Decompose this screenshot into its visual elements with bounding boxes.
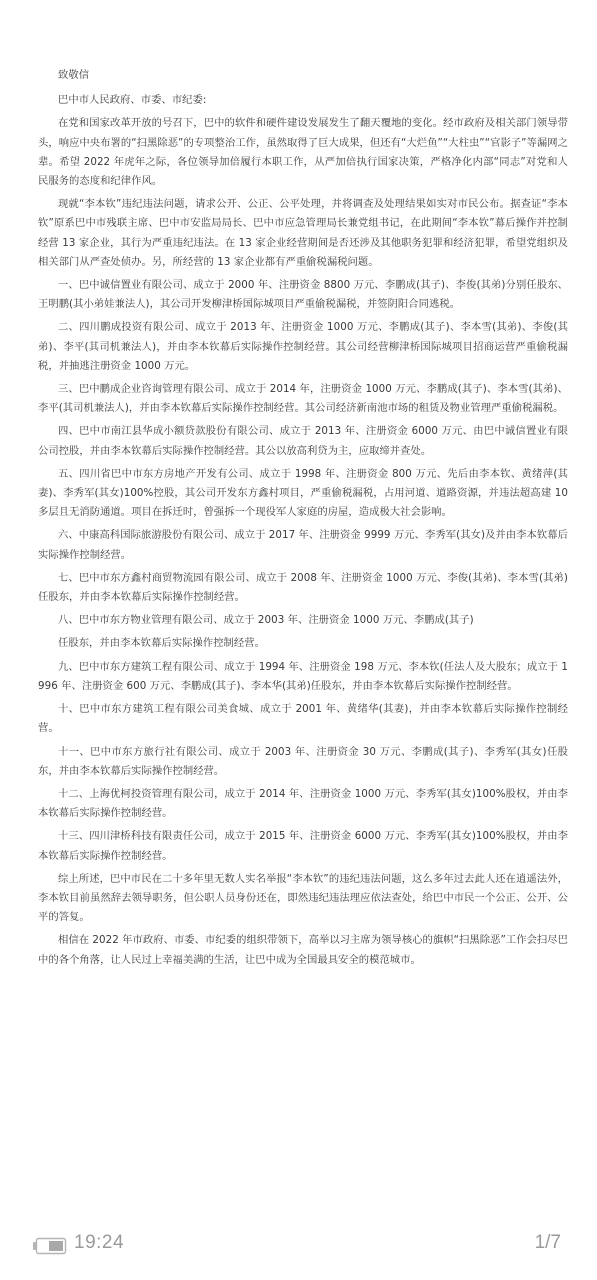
- document-page: 致敬信 巴中市人民政府、市委、市纪委: 在党和国家改革开放的号召下，巴中的软件和…: [0, 0, 597, 1220]
- paragraph-company-3: 三、巴中鹏成企业咨询管理有限公司、成立于 2014 年，注册资金 1000 万元…: [38, 380, 568, 418]
- page-indicator: 1/7: [535, 1232, 561, 1254]
- reader-status-bar: 19:24 1/7: [0, 1228, 597, 1264]
- paragraph-company-9: 九、巴中市东方建筑工程有限公司、成立于 1994 年、注册资金 198 万元、李…: [38, 658, 568, 696]
- paragraph-closing: 相信在 2022 年市政府、市委、市纪委的组织带领下，高举以习主席为领导核心的旗…: [38, 931, 568, 969]
- paragraph-company-10: 十、巴中市东方建筑工程有限公司美食城、成立于 2001 年、黄绪华(其妻)，并由…: [38, 700, 568, 738]
- paragraph-company-12: 十二、上海优柯投资管理有限公司，成立于 2014 年、注册资金 1000 万元、…: [38, 785, 568, 823]
- paragraph-company-2: 二、四川鹏成投资有限公司、成立于 2013 年、注册资金 1000 万元、李鹏成…: [38, 318, 568, 376]
- paragraph-company-8-cont: 任股东，并由李本钦幕后实际操作控制经营。: [38, 634, 568, 653]
- paragraph-company-4: 四、巴中市南江县华成小额贷款股份有限公司、成立于 2013 年、注册资金 600…: [38, 422, 568, 460]
- paragraph-request: 现就“李本钦”违纪违法问题，请求公开、公正、公平处理，并将调查及处理结果如实对市…: [38, 195, 568, 272]
- letter-title: 致敬信: [38, 66, 568, 85]
- paragraph-company-1: 一、巴中诚信置业有限公司、成立于 2000 年、注册资金 8800 万元、李鹏成…: [38, 276, 568, 314]
- paragraph-company-11: 十一、巴中市东方旅行社有限公司、成立于 2003 年、注册资金 30 万元、李鹏…: [38, 743, 568, 781]
- letter-body: 致敬信 巴中市人民政府、市委、市纪委: 在党和国家改革开放的号召下，巴中的软件和…: [38, 66, 568, 974]
- clock-time: 19:24: [74, 1232, 124, 1254]
- paragraph-summary: 综上所述，巴中市民在二十多年里无数人实名举报“李本钦”的违纪违法问题，这么多年过…: [38, 870, 568, 928]
- letter-salutation: 巴中市人民政府、市委、市纪委:: [38, 91, 568, 110]
- paragraph-company-6: 六、中康高科国际旅游股份有限公司、成立于 2017 年、注册资金 9999 万元…: [38, 526, 568, 564]
- paragraph-company-5: 五、四川省巴中市东方房地产开发有公司、成立于 1998 年、注册资金 800 万…: [38, 465, 568, 523]
- paragraph-intro: 在党和国家改革开放的号召下，巴中的软件和硬件建设发展发生了翻天覆地的变化。经市政…: [38, 114, 568, 191]
- paragraph-company-8: 八、巴中市东方物业管理有限公司、成立于 2003 年、注册资金 1000 万元、…: [38, 611, 568, 630]
- battery-icon: [33, 1237, 67, 1255]
- paragraph-company-13: 十三、四川津桥科技有限责任公司，成立于 2015 年、注册资金 6000 万元、…: [38, 827, 568, 865]
- paragraph-company-7: 七、巴中市东方鑫村商贸物流园有限公司、成立于 2008 年、注册资金 1000 …: [38, 569, 568, 607]
